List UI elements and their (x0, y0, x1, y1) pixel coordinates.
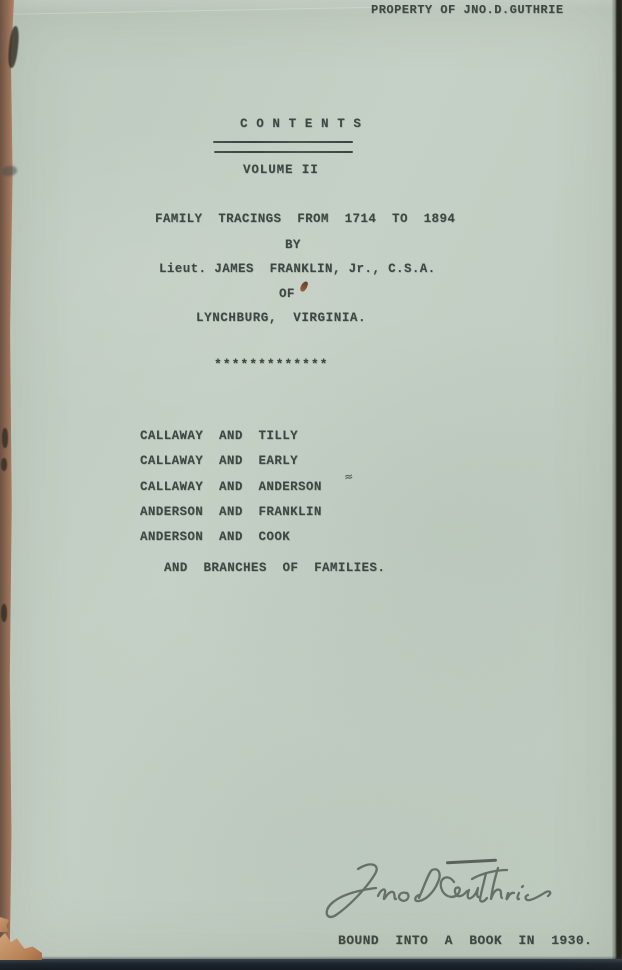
binding-edge (0, 0, 14, 970)
torn-corner (0, 933, 42, 960)
bound-note: BOUND INTO A BOOK IN 1930. (338, 934, 592, 948)
family-pair-item: ANDERSON AND COOK (140, 525, 322, 550)
binding-stain (1, 458, 7, 471)
volume-label: VOLUME II (243, 163, 319, 177)
title-underline-2 (214, 151, 353, 153)
family-pair-item: CALLAWAY AND TILLY (140, 424, 322, 449)
pencil-mark: ≈ (343, 469, 359, 483)
family-pairs-list: CALLAWAY AND TILLY CALLAWAY AND EARLY CA… (140, 424, 322, 550)
binding-stain (2, 428, 8, 448)
of-line: OF (279, 287, 295, 301)
by-line: BY (285, 238, 301, 252)
branches-note: AND BRANCHES OF FAMILIES. (164, 561, 385, 575)
book-bottom-edge (0, 959, 622, 970)
family-tracings-line: FAMILY TRACINGS FROM 1714 TO 1894 (155, 212, 455, 226)
contents-title: C O N T E N T S (240, 117, 362, 131)
signature-stroke (322, 858, 572, 922)
property-stamp: PROPERTY OF JNO.D.GUTHRIE (371, 3, 564, 17)
page-top-crease (0, 6, 420, 15)
location-line: LYNCHBURG, VIRGINIA. (196, 311, 366, 325)
binding-stain (1, 604, 7, 622)
author-line: Lieut. JAMES FRANKLIN, Jr., C.S.A. (159, 262, 436, 276)
family-pair-item: ANDERSON AND FRANKLIN (140, 500, 322, 525)
family-pair-item: CALLAWAY AND EARLY (140, 449, 322, 474)
family-pair-item: CALLAWAY AND ANDERSON (140, 475, 322, 500)
signature (322, 858, 572, 922)
edge-smudge-mark (1, 165, 18, 177)
scanned-page: PROPERTY OF JNO.D.GUTHRIE C O N T E N T … (0, 0, 622, 970)
asterisk-divider: ************* (214, 358, 328, 372)
ink-speck (299, 280, 309, 292)
page-right-dark-edge (611, 0, 622, 970)
title-underline-1 (213, 141, 353, 143)
